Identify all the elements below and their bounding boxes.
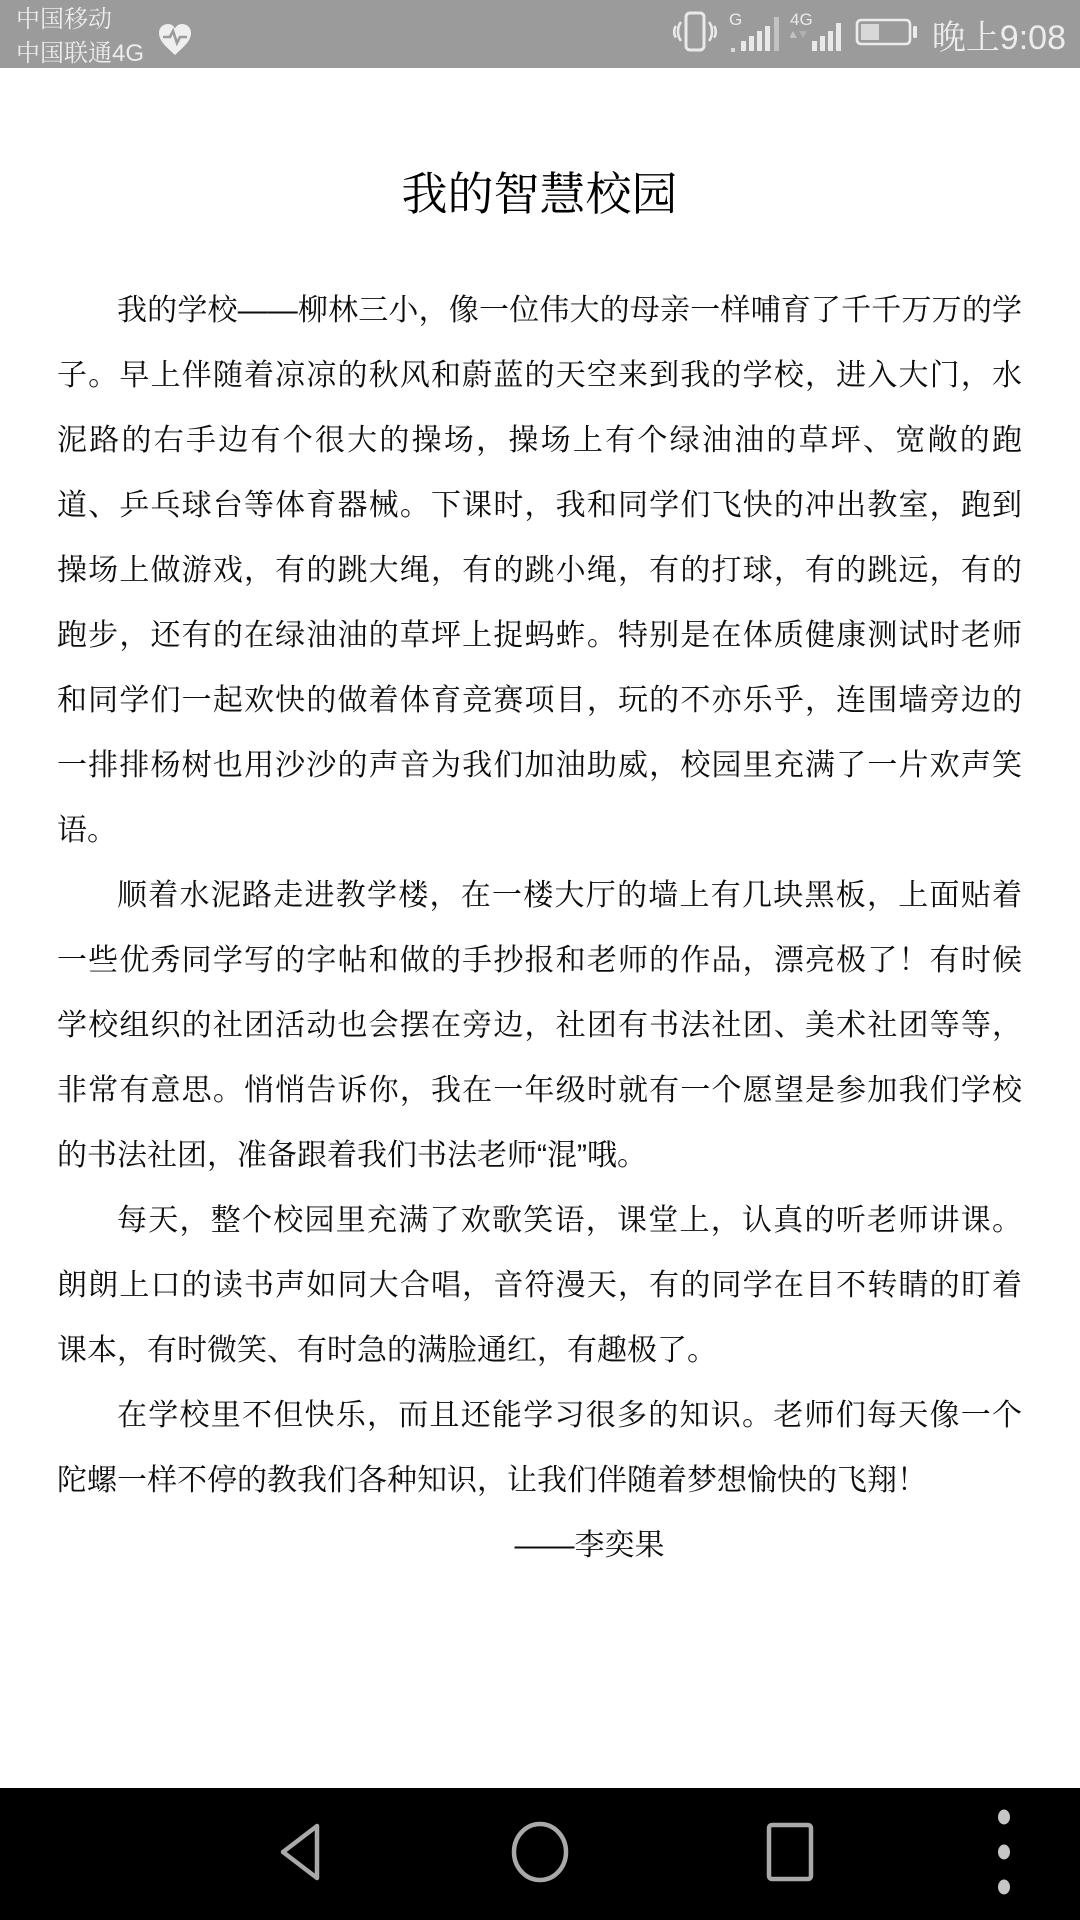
text-line: 和同学们一起欢快的做着体育竞赛项目，玩的不亦乐乎，连围墙旁边的 xyxy=(57,668,1022,733)
text-line: 我的学校——柳林三小，像一位伟大的母亲一样哺育了千千万万的学 xyxy=(57,278,1022,343)
document-body: 我的学校——柳林三小，像一位伟大的母亲一样哺育了千千万万的学子。早上伴随着凉凉的… xyxy=(57,278,1022,1513)
signal-4g-label: 4G xyxy=(790,10,813,29)
vibrate-icon xyxy=(672,7,718,62)
recents-square-icon xyxy=(762,1820,818,1889)
back-button[interactable] xyxy=(260,1814,340,1894)
text-line: 泥路的右手边有个很大的操场，操场上有个绿油油的草坪、宽敞的跑 xyxy=(57,408,1022,473)
status-bar: 中国移动 中国联通4G xyxy=(0,0,1080,68)
document-title: 我的智慧校园 xyxy=(57,158,1022,230)
carrier-name-1: 中国移动 xyxy=(16,5,144,34)
text-line: 在学校里不但快乐，而且还能学习很多的知识。老师们每天像一个 xyxy=(57,1383,1022,1448)
text-line: 一排排杨树也用沙沙的声音为我们加油助威，校园里充满了一片欢声笑 xyxy=(57,733,1022,798)
document-page[interactable]: 我的智慧校园 我的学校——柳林三小，像一位伟大的母亲一样哺育了千千万万的学子。早… xyxy=(0,68,1080,1788)
text-line: 顺着水泥路走进教学楼，在一楼大厅的墙上有几块黑板，上面贴着 xyxy=(57,863,1022,928)
overflow-menu-dots-icon xyxy=(994,1805,1014,1904)
phone-screen: 中国移动 中国联通4G xyxy=(0,0,1080,1920)
text-line: 一些优秀同学写的字帖和做的手抄报和老师的作品，漂亮极了！有时候 xyxy=(57,928,1022,993)
text-line: 课本，有时微笑、有时急的满脸通红，有趣极了。 xyxy=(57,1318,1022,1383)
text-line: 每天，整个校园里充满了欢歌笑语，课堂上，认真的听老师讲课。 xyxy=(57,1188,1022,1253)
text-line: 操场上做游戏，有的跳大绳，有的跳小绳，有的打球，有的跳远，有的 xyxy=(57,538,1022,603)
text-line: 陀螺一样不停的教我们各种知识，让我们伴随着梦想愉快的飞翔！ xyxy=(57,1448,1022,1513)
navigation-bar xyxy=(0,1788,1080,1920)
status-bar-left: 中国移动 中国联通4G xyxy=(16,0,194,68)
text-line: 非常有意思。悄悄告诉你，我在一年级时就有一个愿望是参加我们学校 xyxy=(57,1058,1022,1123)
carrier-labels: 中国移动 中国联通4G xyxy=(16,0,144,68)
text-line: 道、乒乓球台等体育器械。下课时，我和同学们飞快的冲出教室，跑到 xyxy=(57,473,1022,538)
recents-button[interactable] xyxy=(750,1814,830,1894)
signal-g-icon: G xyxy=(727,9,781,60)
menu-button[interactable] xyxy=(964,1814,1044,1894)
text-line: 语。 xyxy=(57,798,1022,863)
home-button[interactable] xyxy=(500,1814,580,1894)
carrier-name-2: 中国联通4G xyxy=(16,39,144,68)
status-bar-right: G 4G xyxy=(672,7,1066,62)
heart-pulse-icon xyxy=(156,22,194,63)
home-circle-icon xyxy=(509,1820,571,1889)
signal-g-label: G xyxy=(729,10,742,29)
back-triangle-icon xyxy=(275,1821,325,1888)
status-time: 晚上9:08 xyxy=(932,10,1066,59)
text-line: 子。早上伴随着凉凉的秋风和蔚蓝的天空来到我的学校，进入大门，水 xyxy=(57,343,1022,408)
battery-icon xyxy=(855,13,919,56)
text-line: 跑步，还有的在绿油油的草坪上捉蚂蚱。特别是在体质健康测试时老师 xyxy=(57,603,1022,668)
text-line: 的书法社团，准备跟着我们书法老师“混”哦。 xyxy=(57,1123,1022,1188)
text-line: 朗朗上口的读书声如同大合唱，音符漫天，有的同学在目不转睛的盯着 xyxy=(57,1253,1022,1318)
signal-4g-icon: 4G xyxy=(790,9,846,60)
author-signature: ——李奕果 xyxy=(57,1513,1022,1578)
text-line: 学校组织的社团活动也会摆在旁边，社团有书法社团、美术社团等等， xyxy=(57,993,1022,1058)
